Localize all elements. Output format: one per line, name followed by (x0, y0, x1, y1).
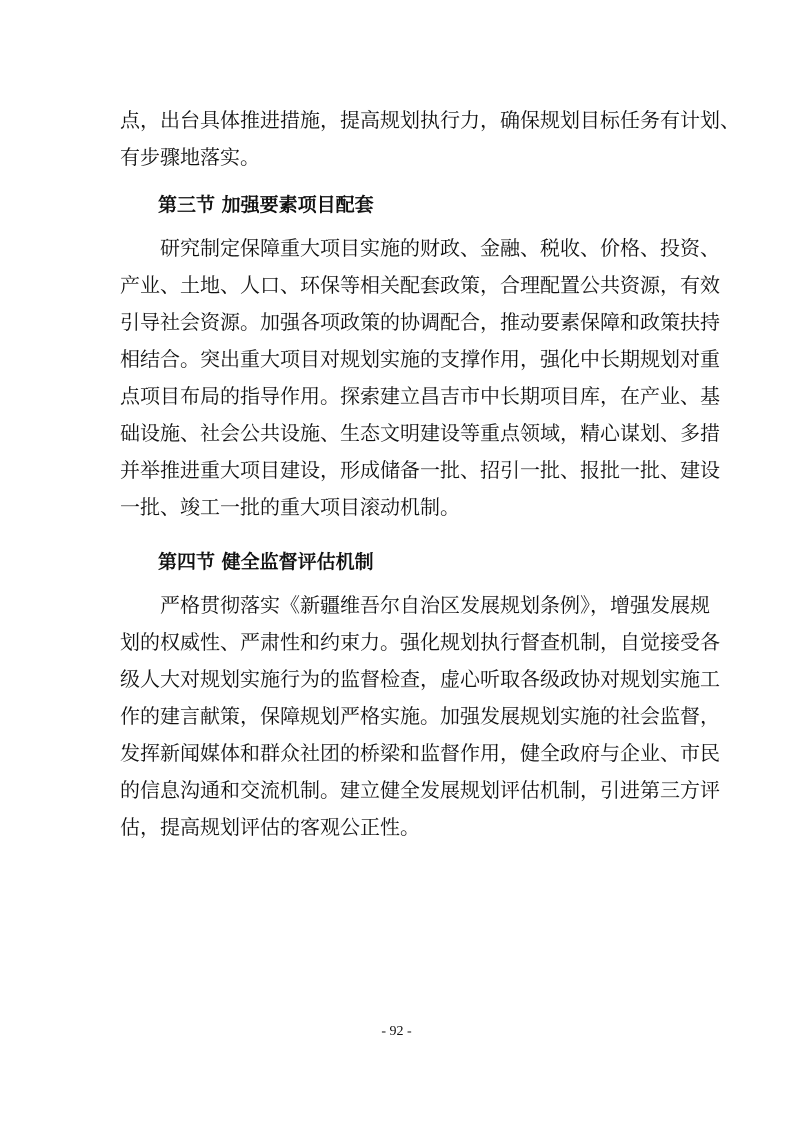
paragraph-line: 引导社会资源。加强各项政策的协调配合，推动要素保障和政策扶持 (120, 304, 676, 341)
paragraph-line: 研究制定保障重大项目实施的财政、金融、税收、价格、投资、 (160, 230, 676, 267)
paragraph-line: 估，提高规划评估的客观公正性。 (120, 809, 676, 846)
paragraph-line: 的信息沟通和交流机制。建立健全发展规划评估机制，引进第三方评 (120, 772, 676, 809)
document-page: 点，出台具体推进措施，提高规划执行力，确保规划目标任务有计划、 有步骤地落实。 … (0, 0, 793, 1122)
paragraph-line: 相结合。突出重大项目对规划实施的支撑作用，强化中长期规划对重 (120, 341, 676, 378)
paragraph-line: 划的权威性、严肃性和约束力。强化规划执行督查机制，自觉接受各 (120, 624, 676, 661)
paragraph-line: 产业、土地、人口、环保等相关配套政策，合理配置公共资源，有效 (120, 267, 676, 304)
paragraph-line: 点项目布局的指导作用。探索建立昌吉市中长期项目库，在产业、基 (120, 378, 676, 415)
paragraph-line: 有步骤地落实。 (120, 139, 676, 176)
paragraph-line: 发挥新闻媒体和群众社团的桥梁和监督作用，健全政府与企业、市民 (120, 735, 676, 772)
page-number: - 92 - (0, 1024, 793, 1040)
section-heading-3: 第三节 加强要素项目配套 (158, 190, 374, 220)
paragraph-line: 并举推进重大项目建设，形成储备一批、招引一批、报批一批、建设 (120, 452, 676, 489)
paragraph-line: 点，出台具体推进措施，提高规划执行力，确保规划目标任务有计划、 (120, 102, 676, 139)
paragraph-line: 一批、竣工一批的重大项目滚动机制。 (120, 489, 676, 526)
section-heading-4: 第四节 健全监督评估机制 (158, 547, 374, 577)
paragraph-line: 严格贯彻落实《新疆维吾尔自治区发展规划条例》，增强发展规 (160, 587, 676, 624)
paragraph-line: 础设施、社会公共设施、生态文明建设等重点领域，精心谋划、多措 (120, 415, 676, 452)
paragraph-line: 作的建言献策，保障规划严格实施。加强发展规划实施的社会监督， (120, 698, 676, 735)
paragraph-line: 级人大对规划实施行为的监督检查，虚心听取各级政协对规划实施工 (120, 661, 676, 698)
